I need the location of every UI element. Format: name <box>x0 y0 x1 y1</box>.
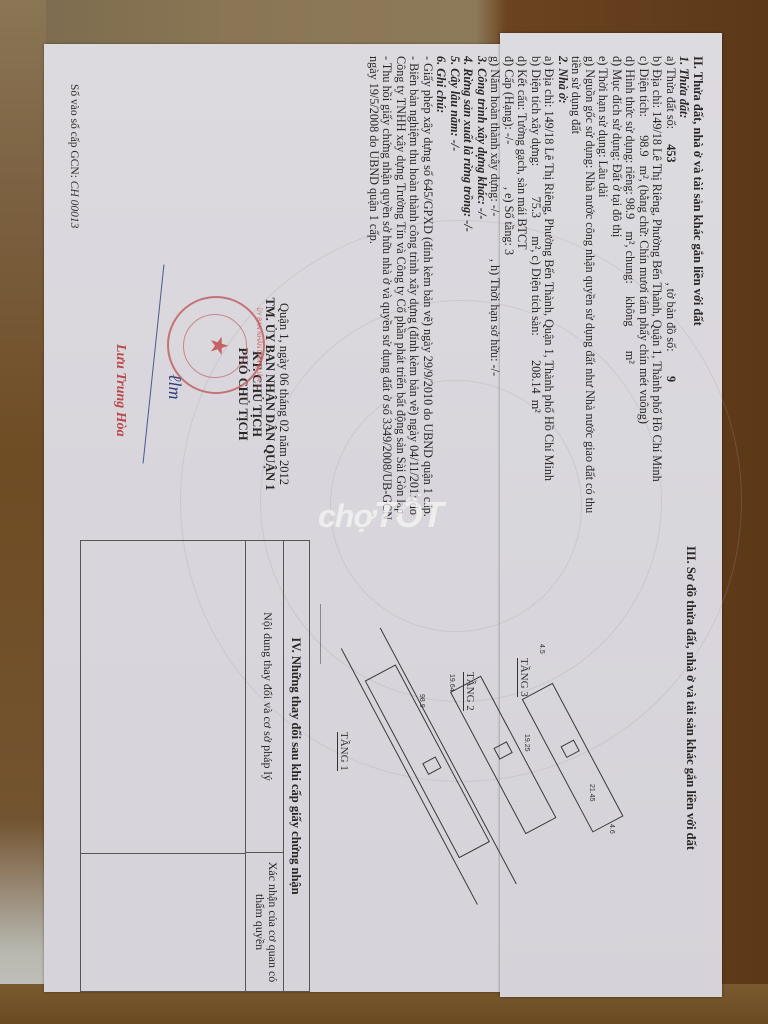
land-area: 98.9 <box>637 135 651 156</box>
svg-text:4.5: 4.5 <box>538 644 545 654</box>
house-grade: đ) Cấp (Hạng): -/- <box>502 56 516 144</box>
unit: m² <box>624 351 638 364</box>
perennial-trees: 5. Cây lâu năm: -/- <box>448 56 462 526</box>
svg-text:21.45: 21.45 <box>588 784 595 802</box>
land-origin: g) Nguồn gốc sử dụng: Nhà nước công nhận… <box>569 56 596 526</box>
registry-number: Số vào sổ cấp GCN: CH 00013 <box>68 84 80 228</box>
date-line: Quận 1, ngày 06 tháng 02 năm 2012 <box>277 284 291 504</box>
watermark-part1: chợ <box>318 498 374 534</box>
issuing-org: TM. ỦY BAN NHÂN DÂN QUẬN 1 <box>263 284 277 504</box>
svg-text:4.6: 4.6 <box>608 824 615 834</box>
star-icon: ★ <box>204 335 233 357</box>
registry-value: CH 00013 <box>68 181 80 229</box>
floors-count: 3 <box>502 249 516 255</box>
note-item: - Thu hồi giấy chứng nhận quyền sở hữu n… <box>367 56 394 526</box>
use-shared-label: m², chung: <box>624 231 638 283</box>
floor-label-2: TẦNG 2 <box>463 672 476 711</box>
column-divider <box>81 853 245 854</box>
house-address: a) Địa chỉ: 149/18 Lê Thị Riêng, Phường … <box>542 56 556 526</box>
use-shared: không <box>624 296 638 326</box>
table-surface-left <box>0 0 46 1024</box>
unit: m² <box>529 400 543 413</box>
land-address: 149/18 Lê Thị Riêng, Phường Bến Thành, Q… <box>651 111 665 482</box>
floor-label-1: TẦNG 1 <box>337 732 350 771</box>
floor-area: 208.14 <box>529 360 543 394</box>
build-area: 75.3 <box>529 197 543 218</box>
area-label: c) Diện tích: <box>637 56 651 117</box>
address-label: b) Địa chỉ: <box>651 56 665 108</box>
parcel-no-label: a) Thửa đất số: <box>664 56 678 129</box>
floor-area-label: m², c) Diện tích sàn: <box>529 236 543 335</box>
section-4-changes-table: IV. Những thay đổi sau khi cấp giấy chứn… <box>80 540 310 992</box>
seal-text: ỦY BAN NHÂN DÂN QUẬN 1 <box>255 302 261 392</box>
col-changes-header: Nội dung thay đổi và cơ sở pháp lý <box>245 541 283 853</box>
floor-label-3: TẦNG 3 <box>517 658 530 697</box>
use-form-label: d) Hình thức sử dụng: riêng: <box>624 56 638 195</box>
note-item: - Biên bản nghiệm thu hoàn thành công tr… <box>394 56 421 526</box>
parcel-no: 453 <box>664 144 678 162</box>
notes-heading: 6. Ghi chú: <box>434 56 448 526</box>
registry-label: Số vào sổ cấp GCN: <box>68 84 80 178</box>
build-area-label: b) Diện tích xây dựng: <box>529 56 543 166</box>
note-item: - Giấy phép xây dựng số 645/GPXD (đính k… <box>421 56 435 526</box>
signer-name-stamp: Lưu Trung Hòa <box>112 344 128 437</box>
watermark-part2: TỐT <box>374 494 443 535</box>
handwritten-signature: ℓlm <box>164 374 185 400</box>
pen-stroke <box>143 264 165 463</box>
svg-text:19.64: 19.64 <box>448 674 455 692</box>
use-private: 98.9 <box>624 198 638 219</box>
section-2-title: II. Thửa đất, nhà ở và tài sản khác gắn … <box>691 56 705 526</box>
svg-text:98.9: 98.9 <box>418 694 425 708</box>
house-heading: 2. Nhà ở: <box>556 56 570 526</box>
map-sheet-no: 9 <box>664 376 678 382</box>
other-works: 3. Công trình xây dựng khác: -/- <box>475 56 489 526</box>
map-sheet-label: , tờ bản đồ số: <box>664 283 678 352</box>
land-heading: 1. Thửa đất: <box>677 56 691 526</box>
ownership-term: , h) Thời hạn sở hữu: -/- <box>489 259 503 376</box>
land-area-words: m², (bằng chữ: Chín mươi tám phẩy chín m… <box>637 166 651 424</box>
forest: 4. Rừng sản xuất là rừng trồng: -/- <box>461 56 475 526</box>
floor-3-outline <box>522 683 622 831</box>
chotot-watermark: chợTỐT <box>318 494 443 536</box>
land-term: e) Thời hạn sử dụng: Lâu dài <box>596 56 610 526</box>
house-structure: d) Kết cấu: Tường gạch, sàn mái BTCT <box>515 56 529 526</box>
svg-text:19.25: 19.25 <box>523 734 530 752</box>
land-purpose: đ) Mục đích sử dụng: Đất ở tại đô thị <box>610 56 624 526</box>
year-built: g) Năm hoàn thành xây dựng: -/- <box>489 56 503 216</box>
floors-label: , e) Số tầng: <box>502 187 516 246</box>
col-confirmation-header: Xác nhận của cơ quan có thẩm quyền <box>245 853 283 991</box>
floor-plan-diagram: 21.45 19.25 19.64 4.6 4.5 98.9 <box>320 584 650 964</box>
section-2-land-house: II. Thửa đất, nhà ở và tài sản khác gắn … <box>367 56 705 526</box>
section-4-title: IV. Những thay đổi sau khi cấp giấy chứn… <box>283 541 309 991</box>
section-3-title: III. Sơ đồ thửa đất, nhà ở và tài sản kh… <box>683 546 698 850</box>
